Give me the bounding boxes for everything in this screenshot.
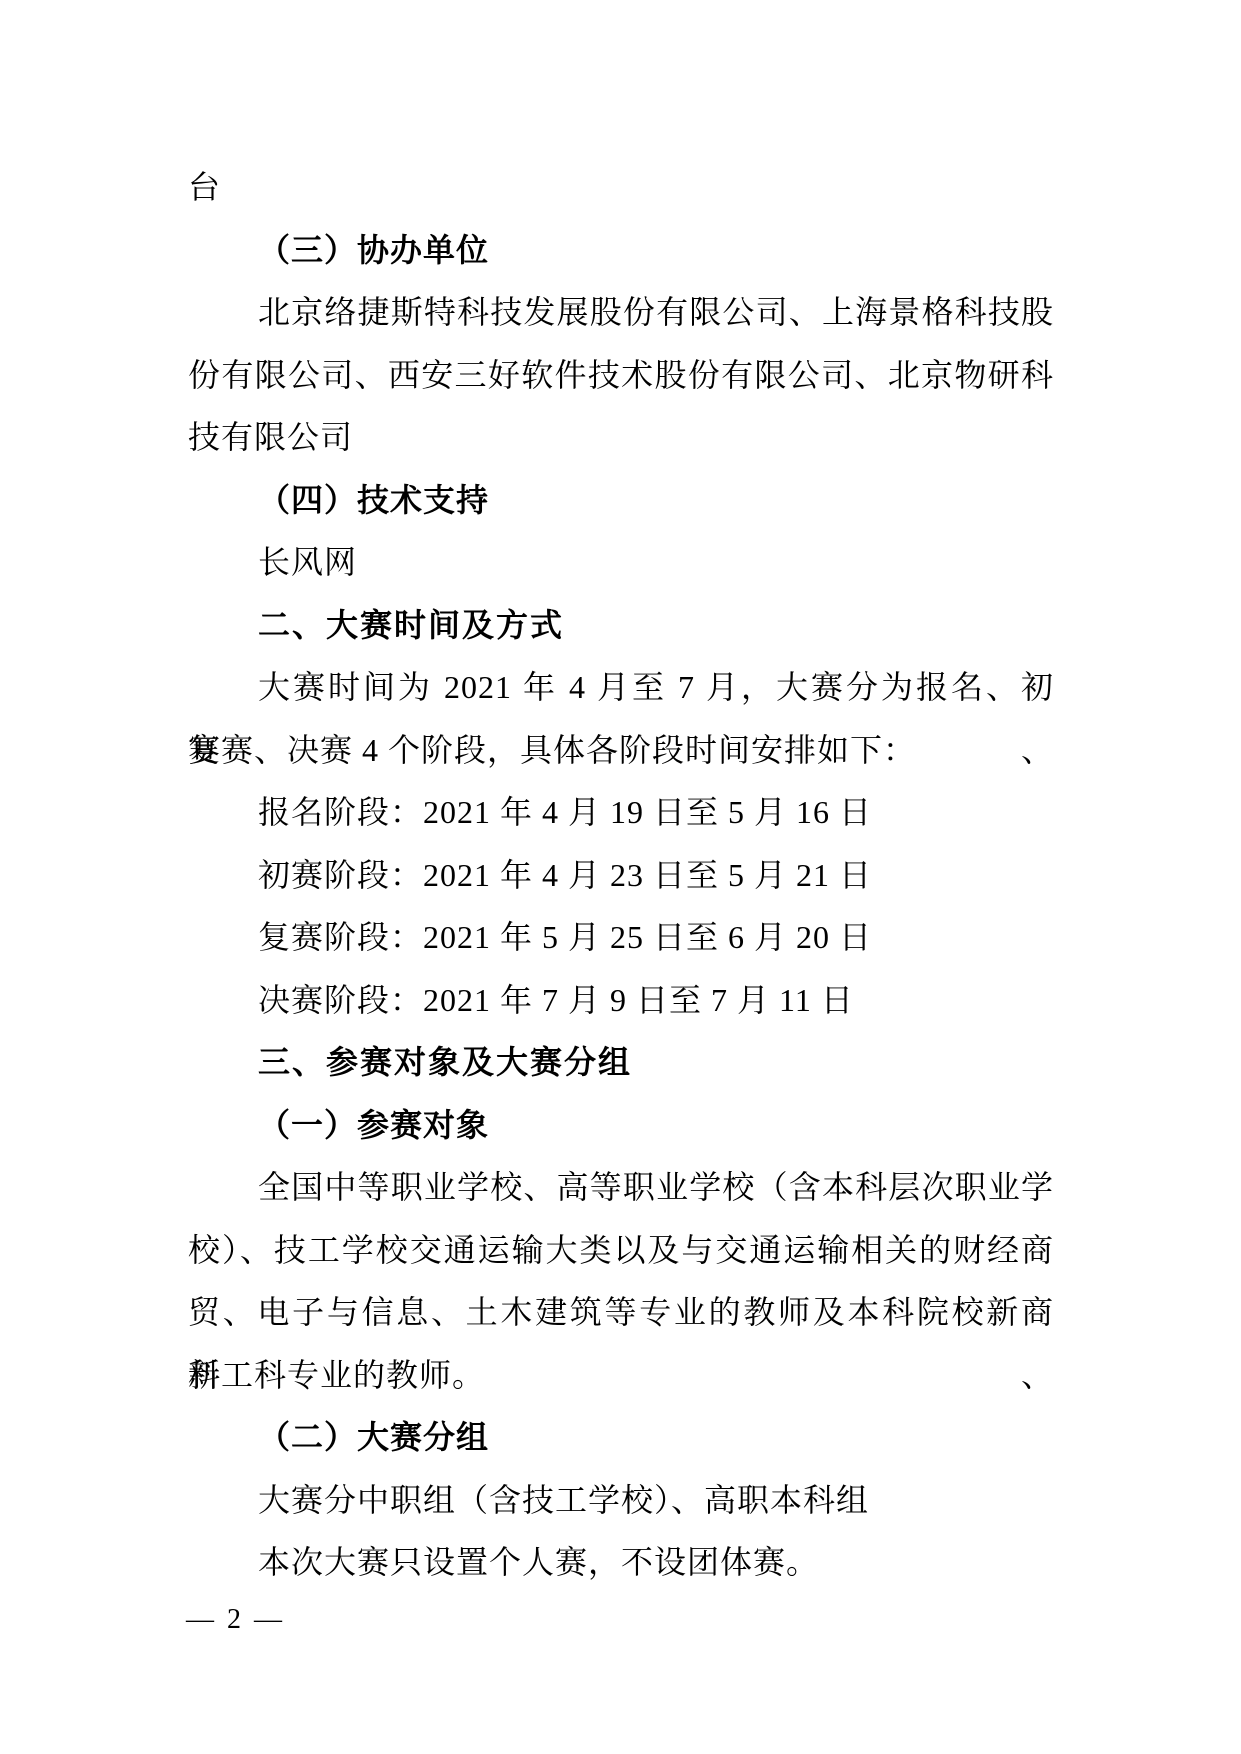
stage-final-line: 决赛阶段：2021 年 7 月 9 日至 7 月 11 日	[188, 969, 1054, 1032]
participants-line-3: 贸、电子与信息、土木建筑等专业的教师及本科院校新商科、	[188, 1281, 1054, 1344]
time-intro-line-1: 大赛时间为 2021 年 4 月至 7 月，大赛分为报名、初赛、	[188, 656, 1054, 719]
heading-tech-support: （四）技术支持	[188, 469, 1054, 532]
document-page: 台 （三）协办单位 北京络捷斯特科技发展股份有限公司、上海景格科技股 份有限公司…	[0, 0, 1241, 1754]
document-body: 台 （三）协办单位 北京络捷斯特科技发展股份有限公司、上海景格科技股 份有限公司…	[188, 156, 1054, 1594]
co-organizers-line-2: 份有限公司、西安三好软件技术股份有限公司、北京物研科	[188, 344, 1054, 407]
individual-race-line: 本次大赛只设置个人赛，不设团体赛。	[188, 1531, 1054, 1594]
heading-grouping: （二）大赛分组	[188, 1406, 1054, 1469]
tech-support-line: 长风网	[188, 531, 1054, 594]
grouping-line: 大赛分中职组（含技工学校）、高职本科组	[188, 1469, 1054, 1532]
page-number: — 2 —	[186, 1604, 285, 1636]
carryover-line: 台	[188, 156, 1054, 219]
participants-line-2: 校）、技工学校交通运输大类以及与交通运输相关的财经商	[188, 1219, 1054, 1282]
co-organizers-line-3: 技有限公司	[188, 406, 1054, 469]
stage-semifinal-line: 复赛阶段：2021 年 5 月 25 日至 6 月 20 日	[188, 906, 1054, 969]
co-organizers-line-1: 北京络捷斯特科技发展股份有限公司、上海景格科技股	[188, 281, 1054, 344]
heading-participants-grouping: 三、参赛对象及大赛分组	[188, 1031, 1054, 1094]
heading-time-method: 二、大赛时间及方式	[188, 594, 1054, 657]
participants-line-1: 全国中等职业学校、高等职业学校（含本科层次职业学	[188, 1156, 1054, 1219]
heading-co-organizers: （三）协办单位	[188, 219, 1054, 282]
stage-preliminary-line: 初赛阶段：2021 年 4 月 23 日至 5 月 21 日	[188, 844, 1054, 907]
heading-participants: （一）参赛对象	[188, 1094, 1054, 1157]
stage-registration-line: 报名阶段：2021 年 4 月 19 日至 5 月 16 日	[188, 781, 1054, 844]
